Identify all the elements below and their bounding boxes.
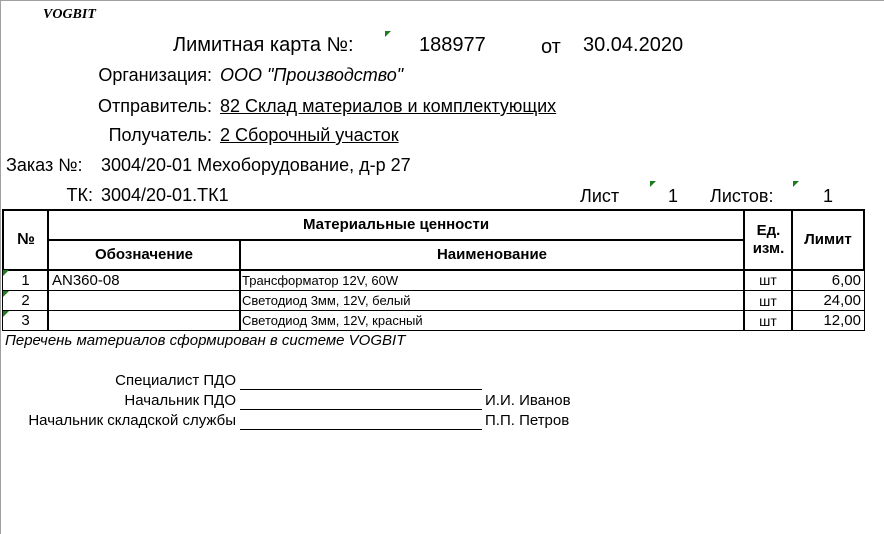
row-unit: шт <box>743 310 793 331</box>
row-designation[interactable] <box>47 290 241 311</box>
header-num: № <box>2 209 49 271</box>
vogbit-logo: VOGBIT <box>43 7 96 23</box>
row-num: 2 <box>2 290 49 311</box>
order-label: Заказ №: <box>6 155 83 176</box>
comment-indicator-icon <box>3 270 9 276</box>
title-label: Лимитная карта №: <box>173 34 354 57</box>
comment-indicator-icon <box>3 311 9 317</box>
signature-role: Начальник ПДО <box>1 392 236 409</box>
sheets-label: Листов: <box>710 186 773 207</box>
header-group: Материальные ценности <box>47 209 745 241</box>
signature-role: Начальник складской службы <box>1 412 236 429</box>
row-num: 1 <box>2 269 49 291</box>
sender-value[interactable]: 82 Склад материалов и комплектующих <box>220 96 556 117</box>
card-date[interactable]: 30.04.2020 <box>583 34 683 57</box>
signature-line[interactable] <box>240 389 482 390</box>
sender-label: Отправитель: <box>1 96 212 117</box>
row-name[interactable]: Трансформатор 12V, 60W <box>239 269 745 291</box>
header-unit: Ед. изм. <box>743 209 793 271</box>
comment-indicator-icon <box>3 291 9 297</box>
comment-indicator-icon <box>385 31 391 37</box>
signature-name: П.П. Петров <box>485 412 569 429</box>
row-name[interactable]: Светодиод 3мм, 12V, белый <box>239 290 745 311</box>
order-value[interactable]: 3004/20-01 Мехоборудование, д-р 27 <box>101 155 411 176</box>
signature-role: Специалист ПДО <box>1 372 236 389</box>
sheet-label: Лист <box>580 186 619 207</box>
header-limit: Лимит <box>791 209 865 271</box>
header-name: Наименование <box>239 239 745 271</box>
organization-label: Организация: <box>1 65 212 86</box>
row-limit[interactable]: 24,00 <box>791 290 865 311</box>
comment-indicator-icon <box>650 181 656 187</box>
row-name[interactable]: Светодиод 3мм, 12V, красный <box>239 310 745 331</box>
card-number[interactable]: 188977 <box>419 34 486 57</box>
tk-value[interactable]: 3004/20-01.ТК1 <box>101 185 229 206</box>
row-unit: шт <box>743 290 793 311</box>
comment-indicator-icon <box>793 181 799 187</box>
header-designation: Обозначение <box>47 239 241 271</box>
row-num: 3 <box>2 310 49 331</box>
signature-line[interactable] <box>240 429 482 430</box>
signature-line[interactable] <box>240 409 482 410</box>
row-designation[interactable] <box>47 310 241 331</box>
row-unit: шт <box>743 269 793 291</box>
sheet-value[interactable]: 1 <box>668 186 678 207</box>
row-limit[interactable]: 6,00 <box>791 269 865 291</box>
generated-note: Перечень материалов сформирован в систем… <box>5 332 405 349</box>
signature-name: И.И. Иванов <box>485 392 571 409</box>
sheets-value[interactable]: 1 <box>823 186 833 207</box>
row-limit[interactable]: 12,00 <box>791 310 865 331</box>
receiver-value[interactable]: 2 Сборочный участок <box>220 125 399 146</box>
receiver-label: Получатель: <box>1 125 212 146</box>
organization-value[interactable]: ООО "Производство" <box>220 65 403 86</box>
date-prefix: от <box>541 36 561 59</box>
row-designation[interactable]: AN360-08 <box>47 269 241 291</box>
tk-label: ТК: <box>1 185 93 206</box>
